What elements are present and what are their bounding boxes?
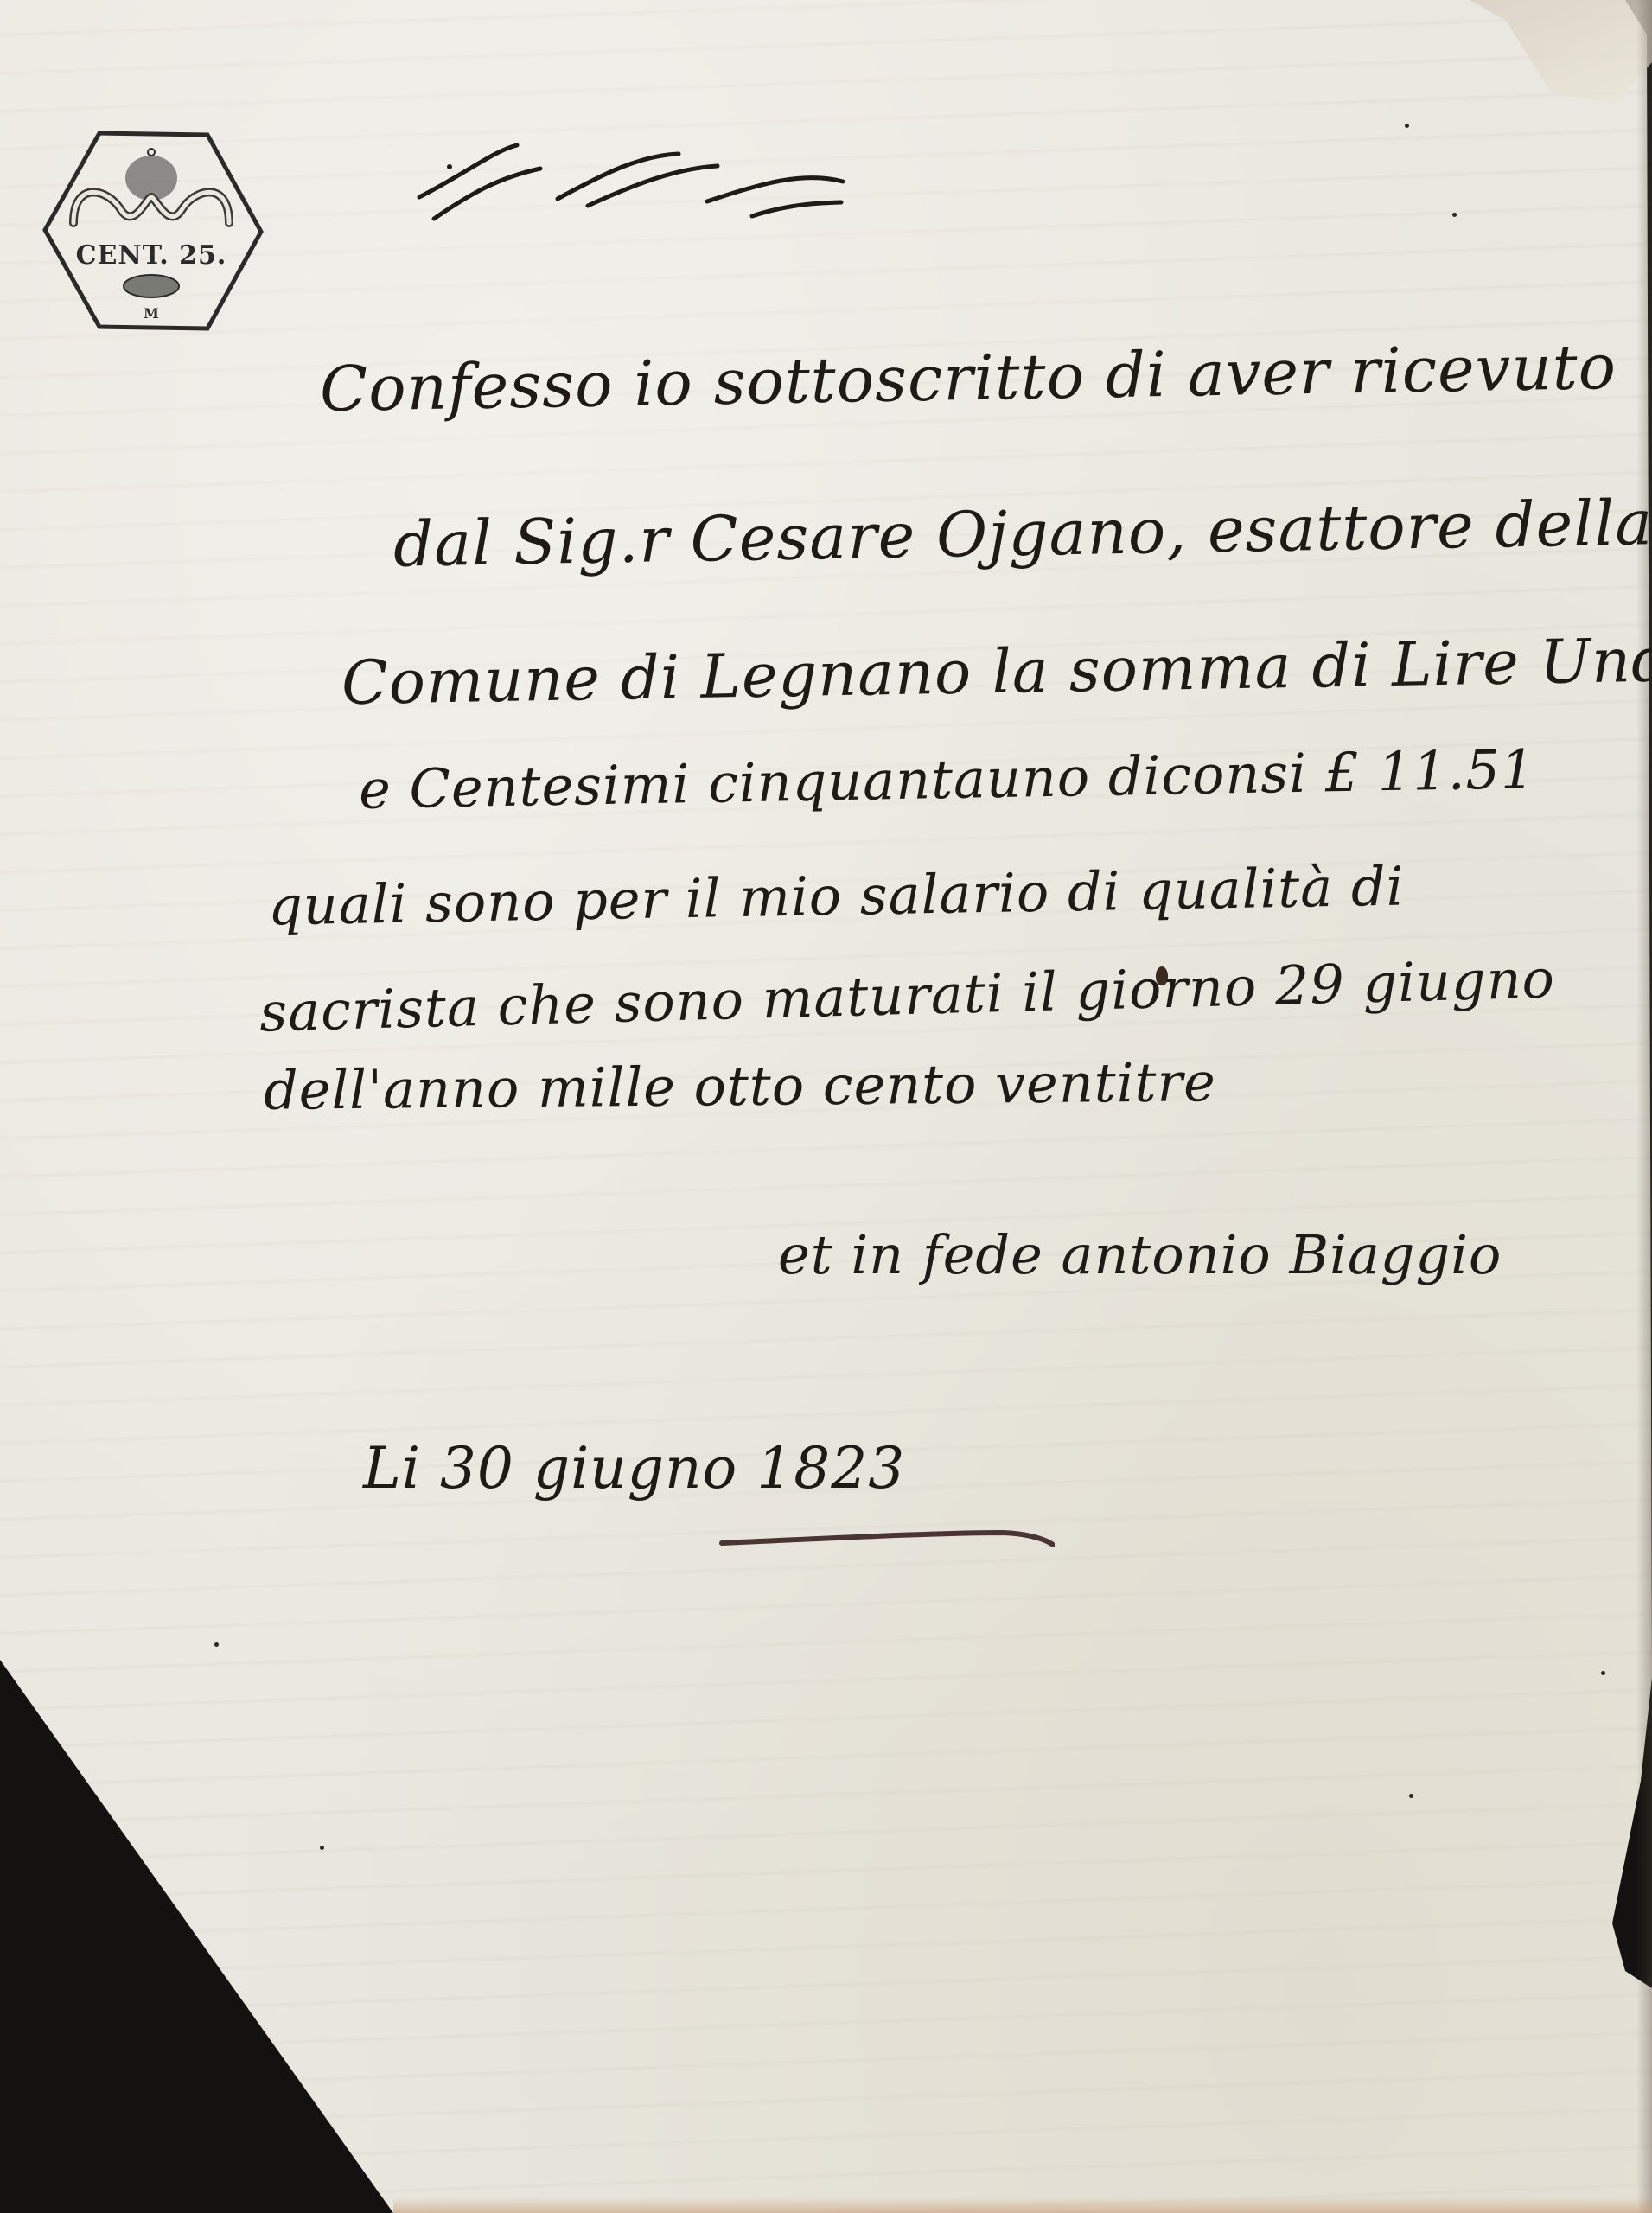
date-text: 30 giugno 1823 xyxy=(440,1435,905,1502)
date-underline-icon xyxy=(718,1526,1055,1552)
stamp-value: CENT. 25. xyxy=(35,240,268,271)
receipt-line-7: dell'anno mille otto cento ventitre xyxy=(264,1050,1216,1122)
stamp-mark: M xyxy=(35,305,268,322)
paper-speck xyxy=(1601,1671,1605,1675)
paper-speck xyxy=(214,1642,219,1647)
flourish-strokes-icon xyxy=(415,130,1193,242)
paper-speck xyxy=(320,1846,324,1850)
hexagon-frame-icon xyxy=(35,128,268,335)
signature: et in fede antonio Biaggio xyxy=(778,1223,1502,1286)
paper-speck xyxy=(1409,1794,1413,1798)
date-prefix: Li xyxy=(363,1435,421,1502)
date-line: Li 30 giugno 1823 xyxy=(363,1435,905,1502)
ink-blot xyxy=(1156,966,1168,985)
paper-stain xyxy=(393,2197,1652,2213)
paper-edge-shadow xyxy=(1636,0,1652,2213)
paper-speck xyxy=(1452,213,1457,217)
amount-value: 11.51 xyxy=(1377,737,1536,803)
paper-speck xyxy=(1405,124,1409,128)
revenue-stamp: CENT. 25. M xyxy=(35,128,268,335)
lire-symbol: £ xyxy=(1324,741,1361,805)
